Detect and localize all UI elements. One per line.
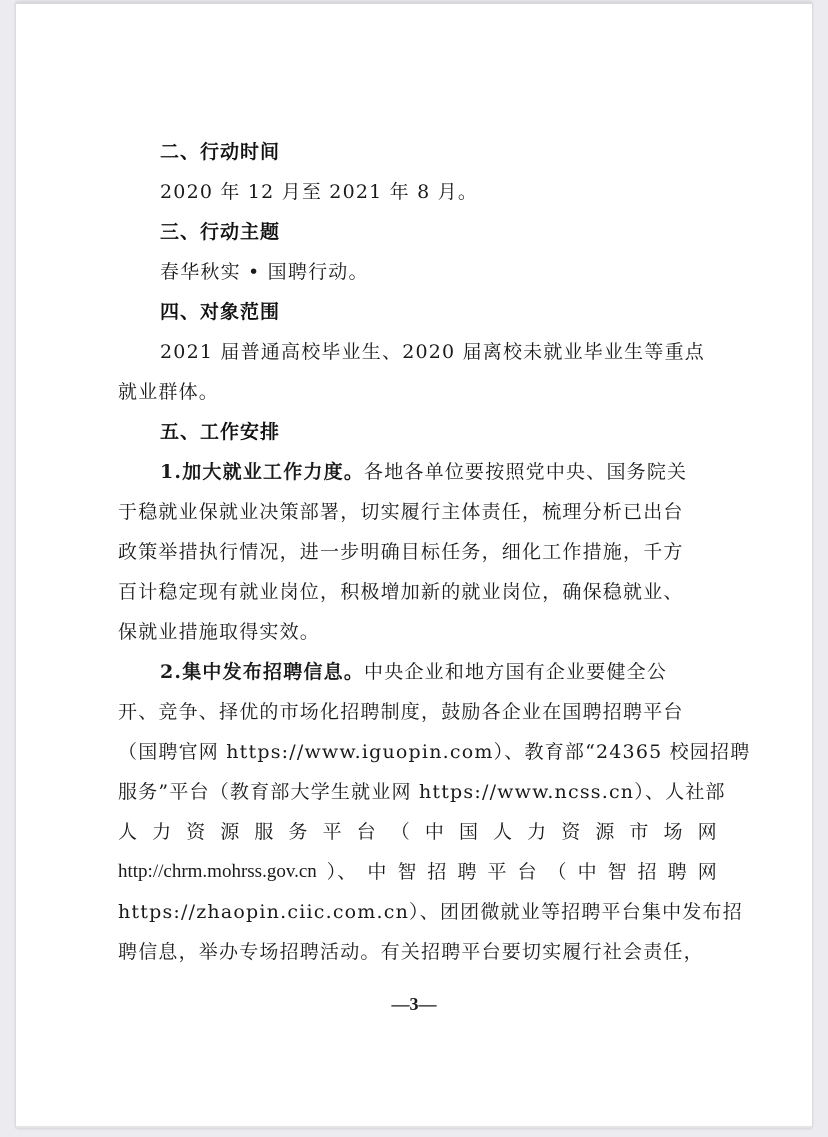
justified-token: 源	[220, 812, 240, 852]
justified-token: （	[391, 812, 411, 852]
justified-token: 平	[487, 852, 507, 892]
justified-token: 平	[323, 812, 343, 852]
document-page: 二、行动时间 2020 年 12 月至 2021 年 8 月。 三、行动主题 春…	[16, 2, 812, 1128]
item-2-line-7: https://zhaopin.ciic.com.cn）、团团微就业等招聘平台集…	[118, 892, 718, 932]
justified-token: 智	[608, 852, 628, 892]
item-1-text: 各地各单位要按照党中央、国务院关	[364, 461, 687, 483]
paragraph-target-scope-line-1: 2021 届普通高校毕业生、2020 届离校未就业毕业生等重点	[118, 332, 718, 372]
justified-token: 资	[186, 812, 206, 852]
justified-token: 中	[578, 852, 598, 892]
justified-token: 务	[288, 812, 308, 852]
justified-token: ）、	[327, 852, 358, 892]
justified-token: 力	[152, 812, 172, 852]
page-bottom-edge	[16, 1126, 812, 1128]
item-2-line-4: 服务”平台（教育部大学生就业网 https://www.ncss.cn）、人社部	[118, 772, 718, 812]
justified-token: 中	[425, 812, 445, 852]
item-2-line-5-justified: 人力资源服务平台（中国人力资源市场网	[118, 812, 718, 852]
section-heading-action-theme: 三、行动主题	[118, 212, 718, 252]
justified-token: 台	[357, 812, 377, 852]
item-2-line-8: 聘信息，举办专场招聘活动。有关招聘平台要切实履行社会责任，	[118, 932, 718, 972]
justified-token: 网	[698, 852, 718, 892]
justified-token: 台	[518, 852, 538, 892]
justified-token: 场	[664, 812, 684, 852]
item-2-lead: 2.集中发布招聘信息。	[160, 661, 364, 683]
item-2-line-1: 2.集中发布招聘信息。中央企业和地方国有企业要健全公	[118, 652, 718, 692]
item-1-line-2: 于稳就业保就业决策部署，切实履行主体责任，梳理分析已出台	[118, 492, 718, 532]
paragraph-action-theme: 春华秋实 • 国聘行动。	[118, 252, 718, 292]
paragraph-target-scope-line-2: 就业群体。	[118, 372, 718, 412]
justified-token: 市	[629, 812, 649, 852]
document-viewer: 二、行动时间 2020 年 12 月至 2021 年 8 月。 三、行动主题 春…	[0, 0, 828, 1137]
item-1-line-3: 政策举措执行情况，进一步明确目标任务，细化工作措施，千方	[118, 532, 718, 572]
item-2-line-2: 开、竞争、择优的市场化招聘制度，鼓励各企业在国聘招聘平台	[118, 692, 718, 732]
justified-token: 国	[459, 812, 479, 852]
justified-token: http://chrm.mohrss.gov.cn	[118, 852, 317, 892]
page-content: 二、行动时间 2020 年 12 月至 2021 年 8 月。 三、行动主题 春…	[118, 132, 718, 972]
item-2-text: 中央企业和地方国有企业要健全公	[364, 661, 667, 683]
justified-token: 人	[118, 812, 138, 852]
justified-token: 中	[367, 852, 387, 892]
item-2-line-3: （国聘官网 https://www.iguopin.com）、教育部“24365…	[118, 732, 718, 772]
justified-token: 招	[427, 852, 447, 892]
justified-token: 服	[254, 812, 274, 852]
justified-token: 源	[595, 812, 615, 852]
justified-token: 力	[527, 812, 547, 852]
justified-token: 聘	[457, 852, 477, 892]
section-heading-action-time: 二、行动时间	[118, 132, 718, 172]
item-2-line-6-justified: http://chrm.mohrss.gov.cn）、中智招聘平台（中智招聘网	[118, 852, 718, 892]
justified-token: 招	[638, 852, 658, 892]
item-1-line-4: 百计稳定现有就业岗位，积极增加新的就业岗位，确保稳就业、	[118, 572, 718, 612]
section-heading-work-arrangement: 五、工作安排	[118, 412, 718, 452]
item-1-line-5: 保就业措施取得实效。	[118, 612, 718, 652]
justified-token: 智	[397, 852, 417, 892]
page-number: —3—	[16, 994, 812, 1015]
justified-token: 网	[698, 812, 718, 852]
justified-token: 人	[493, 812, 513, 852]
paragraph-action-time: 2020 年 12 月至 2021 年 8 月。	[118, 172, 718, 212]
item-1-lead: 1.加大就业工作力度。	[160, 461, 364, 483]
justified-token: 聘	[668, 852, 688, 892]
justified-token: 资	[561, 812, 581, 852]
justified-token: （	[548, 852, 568, 892]
item-1-line-1: 1.加大就业工作力度。各地各单位要按照党中央、国务院关	[118, 452, 718, 492]
section-heading-target-scope: 四、对象范围	[118, 292, 718, 332]
